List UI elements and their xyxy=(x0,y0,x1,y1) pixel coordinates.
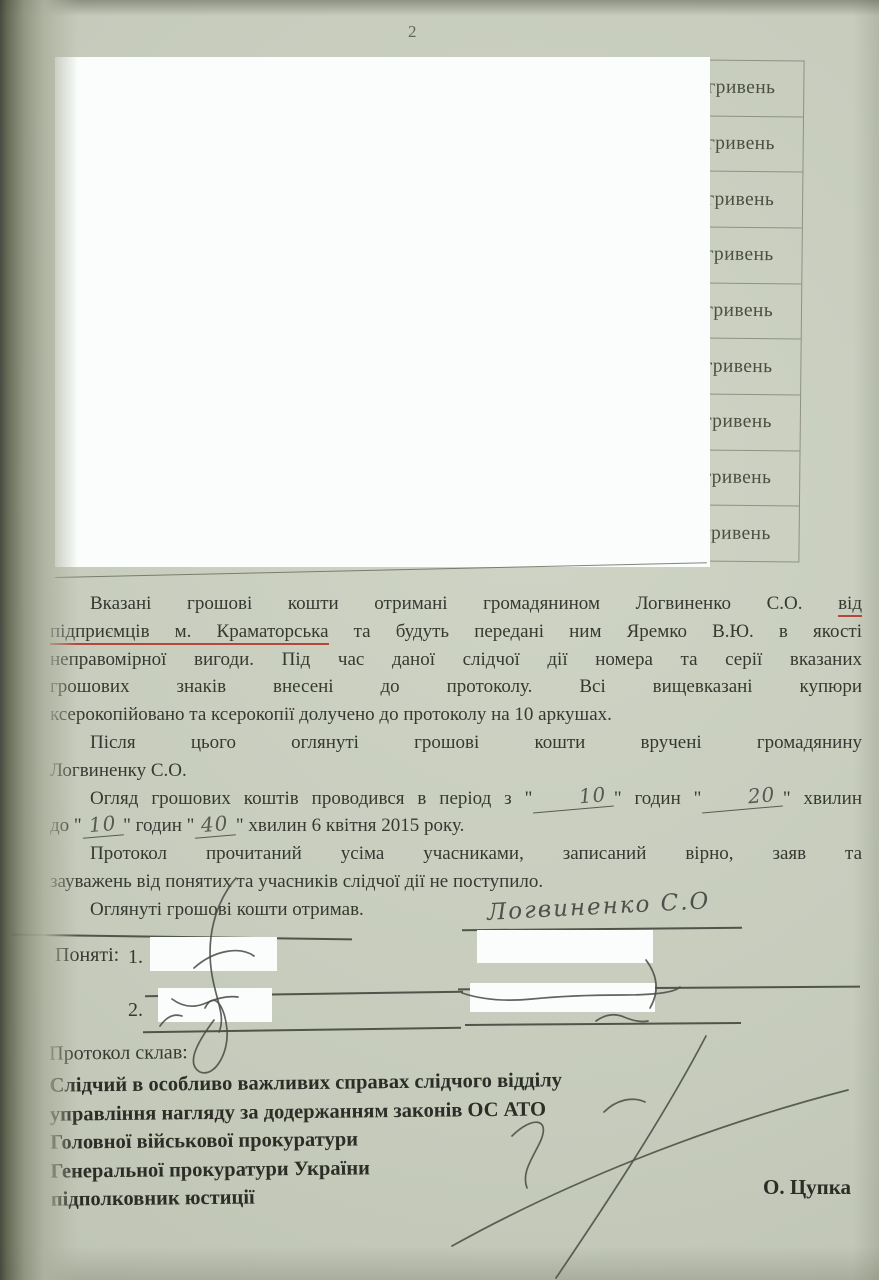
body-text: " годин " xyxy=(123,815,194,836)
body-text: " хвилин 6 квітня 2015 року. xyxy=(236,815,464,836)
body-text: Огляд грошових коштів проводився в періо… xyxy=(90,788,532,809)
redaction-box xyxy=(470,983,655,1012)
table-row: гривень xyxy=(703,116,803,173)
witness-1-label: 1. xyxy=(128,946,143,969)
paragraph-line: Протокол прочитаний усіма учасниками, за… xyxy=(50,840,862,868)
table-row: гривень xyxy=(702,228,802,285)
witnesses-label: Поняті: xyxy=(55,944,119,967)
amount-cell: гривень xyxy=(704,355,772,378)
body-text: Вказані грошові кошти отримані громадяни… xyxy=(90,593,838,614)
handwritten-end-minutes: 40 xyxy=(194,813,237,840)
body-text: " хвилин xyxy=(783,788,862,809)
red-underlined-text: підприємців м. Краматорська xyxy=(50,621,329,645)
amount-cell: гривень xyxy=(704,411,772,434)
body-text: Оглянуті грошові кошти отримав. xyxy=(90,899,364,920)
red-underlined-text: від xyxy=(838,593,862,617)
paragraph-line: Огляд грошових коштів проводився в періо… xyxy=(50,785,862,813)
body-text: неправомірної вигоди. Під час даної слід… xyxy=(50,649,862,670)
amount-cell: гривень xyxy=(703,522,771,545)
body-text: до " xyxy=(50,815,82,836)
witness-2-label: 2. xyxy=(128,999,143,1022)
table-row: гривень xyxy=(699,506,799,563)
document-body: Вказані грошові кошти отримані громадяни… xyxy=(50,590,862,924)
witness-2-signature-line-right xyxy=(465,1022,741,1025)
paragraph-line: Оглянуті грошові кошти отримав. xyxy=(50,896,862,924)
paragraph-line: зауважень від понятих та учасників слідч… xyxy=(50,868,862,896)
money-table: гривень гривень гривень гривень гривень … xyxy=(698,59,804,562)
paragraph-line: Логвиненку С.О. xyxy=(50,757,862,785)
table-row: гривень xyxy=(701,339,801,396)
amount-cell: гривень xyxy=(703,467,771,490)
table-row: гривень xyxy=(704,60,804,117)
paragraph-line: до "10" годин "40" хвилин 6 квітня 2015 … xyxy=(50,812,862,840)
handwritten-end-hours: 10 xyxy=(81,813,124,840)
body-text: " годин " xyxy=(614,788,702,809)
redaction-box xyxy=(477,930,653,963)
paragraph-line: неправомірної вигоди. Під час даної слід… xyxy=(50,646,862,674)
officer-title-line: управління нагляду за додержанням законі… xyxy=(50,1095,563,1129)
page-number: 2 xyxy=(408,22,417,42)
table-row: гривень xyxy=(700,450,800,507)
handwritten-start-minutes: 20 xyxy=(701,783,784,813)
amount-cell: гривень xyxy=(706,188,774,211)
paragraph-line: Після цього оглянуті грошові кошти вруче… xyxy=(50,729,862,757)
body-text: Після цього оглянуті грошові кошти вруче… xyxy=(90,732,862,753)
body-text: Логвиненку С.О. xyxy=(50,760,187,781)
signature-stroke xyxy=(596,1015,648,1022)
body-text: ксерокопійовано та ксерокопії долучено д… xyxy=(50,704,612,725)
handwritten-start-hours: 10 xyxy=(532,783,615,813)
table-row: гривень xyxy=(702,283,802,340)
paragraph-line: підприємців м. Краматорська та будуть пе… xyxy=(50,618,862,646)
officer-title-line: підполковник юстиції xyxy=(51,1180,564,1214)
amount-cell: гривень xyxy=(707,133,775,156)
table-row: гривень xyxy=(703,172,803,229)
signer-name: О. Цупка xyxy=(763,1175,851,1200)
officer-title-line: Слідчий в особливо важливих справах слід… xyxy=(49,1066,562,1100)
paragraph-line: грошових знаків внесені до протоколу. Вс… xyxy=(50,673,862,701)
body-text: та будуть передані ним Яремко В.Ю. в яко… xyxy=(329,621,862,642)
body-text: грошових знаків внесені до протоколу. Вс… xyxy=(50,676,862,697)
scanned-document-page: 2 гривень гривень гривень гривень гривен… xyxy=(0,0,879,1280)
amount-cell: гривень xyxy=(705,244,773,267)
footer-block: Протокол склав: Слідчий в особливо важли… xyxy=(49,1037,563,1214)
amount-cell: гривень xyxy=(707,77,775,100)
body-text: Протокол прочитаний усіма учасниками, за… xyxy=(90,843,862,864)
paragraph-line: ксерокопійовано та ксерокопії долучено д… xyxy=(50,701,862,729)
redaction-box xyxy=(158,988,272,1022)
table-row: гривень xyxy=(701,395,801,452)
signature-stroke xyxy=(604,1099,645,1112)
witness-2-signature-line xyxy=(143,1027,461,1033)
signature-stroke xyxy=(556,1036,706,1278)
amount-cell: гривень xyxy=(705,300,773,323)
redaction-box xyxy=(55,57,710,567)
redaction-box xyxy=(150,937,277,971)
body-text: зауважень від понятих та учасників слідч… xyxy=(50,871,543,892)
compiled-by-label: Протокол склав: xyxy=(49,1037,562,1065)
paragraph-line: Вказані грошові кошти отримані громадяни… xyxy=(50,590,862,618)
